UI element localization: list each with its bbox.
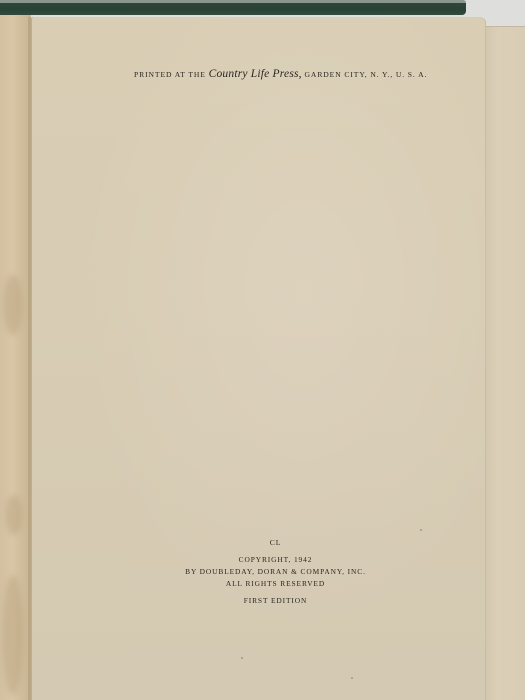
publisher-line: BY DOUBLEDAY, DORAN & COMPANY, INC.: [65, 566, 486, 578]
foxing-stain: [6, 495, 22, 535]
right-page-edge: [486, 26, 525, 700]
rights-line: ALL RIGHTS RESERVED: [65, 578, 486, 590]
press-name: Country Life Press,: [209, 68, 302, 80]
printer-imprint: PRINTED AT THE Country Life Press, GARDE…: [134, 68, 464, 80]
edition-line: FIRST EDITION: [65, 595, 486, 607]
foxing-stain: [3, 575, 23, 695]
book-photo: PRINTED AT THE Country Life Press, GARDE…: [0, 0, 525, 700]
copyright-line: COPYRIGHT, 1942: [65, 554, 486, 566]
paper-speck: [241, 657, 243, 659]
imprint-location: GARDEN CITY, N. Y., U. S. A.: [302, 70, 428, 79]
foxing-stain: [4, 275, 22, 335]
green-cloth-binding: [0, 0, 466, 15]
imprint-prefix: PRINTED AT THE: [134, 70, 209, 79]
left-cover-edge: [0, 15, 31, 700]
paper-speck: [420, 529, 422, 531]
publisher-mark: CL: [65, 537, 486, 549]
copyright-page: PRINTED AT THE Country Life Press, GARDE…: [31, 17, 486, 700]
colophon: CL COPYRIGHT, 1942 BY DOUBLEDAY, DORAN &…: [31, 537, 486, 607]
paper-speck: [351, 677, 353, 679]
